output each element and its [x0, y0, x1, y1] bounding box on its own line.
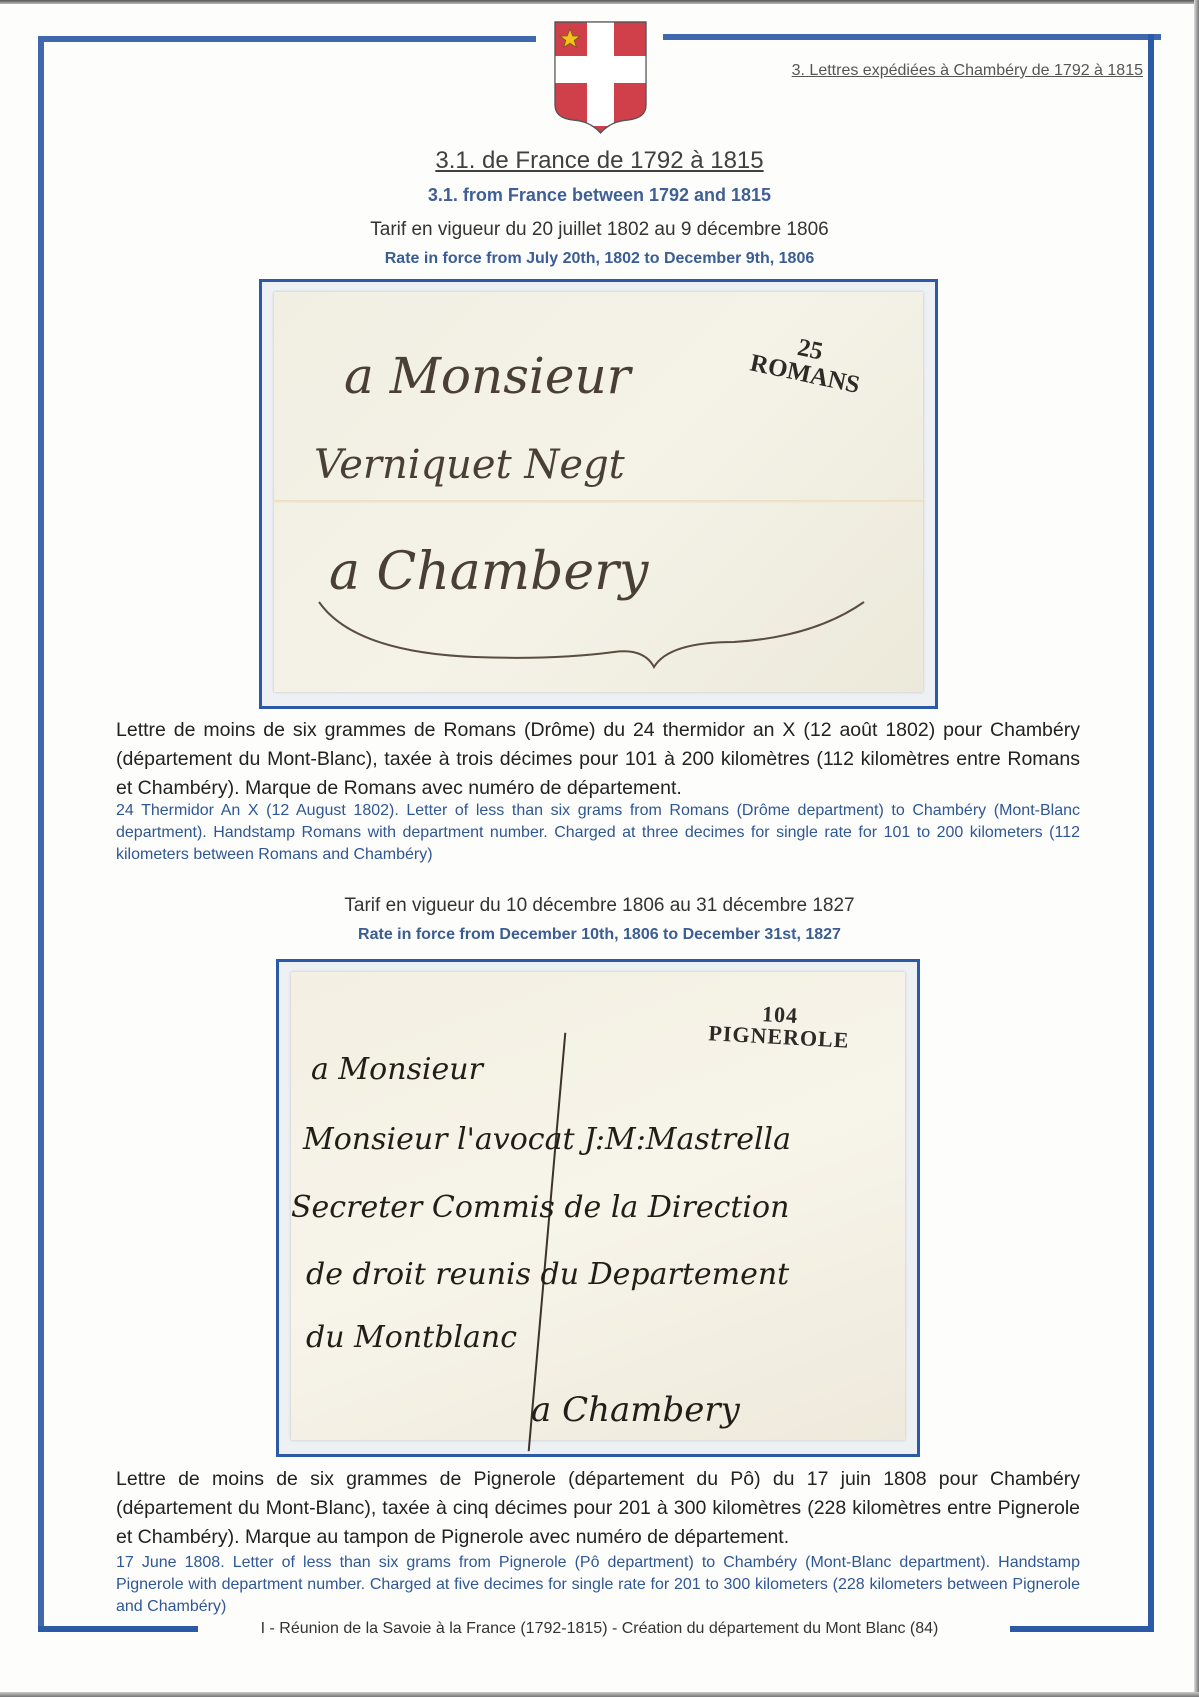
address-line: Monsieur l'avocat J:M:Mastrella — [303, 1122, 791, 1157]
address-line: du Montblanc — [306, 1320, 517, 1355]
letter-paper: 104 PIGNEROLE a Monsieur Monsieur l'avoc… — [291, 972, 905, 1440]
handstamp-town: PIGNEROLE — [708, 1022, 850, 1051]
letter-description-fr: Lettre de moins de six grammes de Romans… — [116, 716, 1080, 803]
address-line: a Monsieur — [311, 1052, 483, 1087]
page-frame-right — [1148, 34, 1154, 1632]
rate-period-fr: Tarif en vigueur du 10 décembre 1806 au … — [0, 895, 1199, 917]
letter-description-en: 24 Thermidor An X (12 August 1802). Lett… — [116, 800, 1080, 866]
page-subtitle-en: 3.1. from France between 1792 and 1815 — [0, 185, 1199, 206]
savoy-cross-shield-icon — [553, 20, 648, 135]
rate-period-en: Rate in force from December 10th, 1806 t… — [0, 926, 1199, 944]
pen-flourish — [314, 582, 874, 672]
rate-period-fr: Tarif en vigueur du 20 juillet 1802 au 9… — [0, 219, 1199, 241]
address-line: a Chambery — [531, 1390, 740, 1430]
postage-due-mark — [528, 1033, 567, 1452]
letter-image-pignerole: 104 PIGNEROLE a Monsieur Monsieur l'avoc… — [276, 959, 920, 1457]
letter-fold — [274, 500, 923, 503]
address-line: Verniquet Negt — [314, 442, 625, 488]
rate-period-en: Rate in force from July 20th, 1802 to De… — [0, 250, 1199, 268]
letter-description-en: 17 June 1808. Letter of less than six gr… — [116, 1552, 1080, 1618]
handstamp-pignerole: 104 PIGNEROLE — [708, 1000, 851, 1051]
page-title: 3.1. de France de 1792 à 1815 — [0, 147, 1199, 175]
letter-image-romans: 25 ROMANS a Monsieur Verniquet Negt a Ch… — [259, 279, 938, 709]
address-line: a Monsieur — [344, 347, 631, 405]
page-frame-top-right — [663, 34, 1161, 40]
scan-edge-top — [0, 0, 1199, 4]
page-frame-top-left — [38, 36, 536, 42]
handstamp-romans: 25 ROMANS — [748, 326, 867, 398]
section-reference: 3. Lettres expédiées à Chambéry de 1792 … — [792, 62, 1143, 80]
address-line: de droit reunis du Departement — [306, 1257, 789, 1292]
letter-paper: 25 ROMANS a Monsieur Verniquet Negt a Ch… — [274, 292, 923, 692]
scan-edge-bottom — [0, 1692, 1199, 1697]
address-line: Secreter Commis de la Direction — [291, 1190, 789, 1225]
page-frame-left — [38, 36, 44, 1632]
page-footer: I - Réunion de la Savoie à la France (17… — [0, 1620, 1199, 1638]
letter-description-fr: Lettre de moins de six grammes de Pigner… — [116, 1465, 1080, 1552]
